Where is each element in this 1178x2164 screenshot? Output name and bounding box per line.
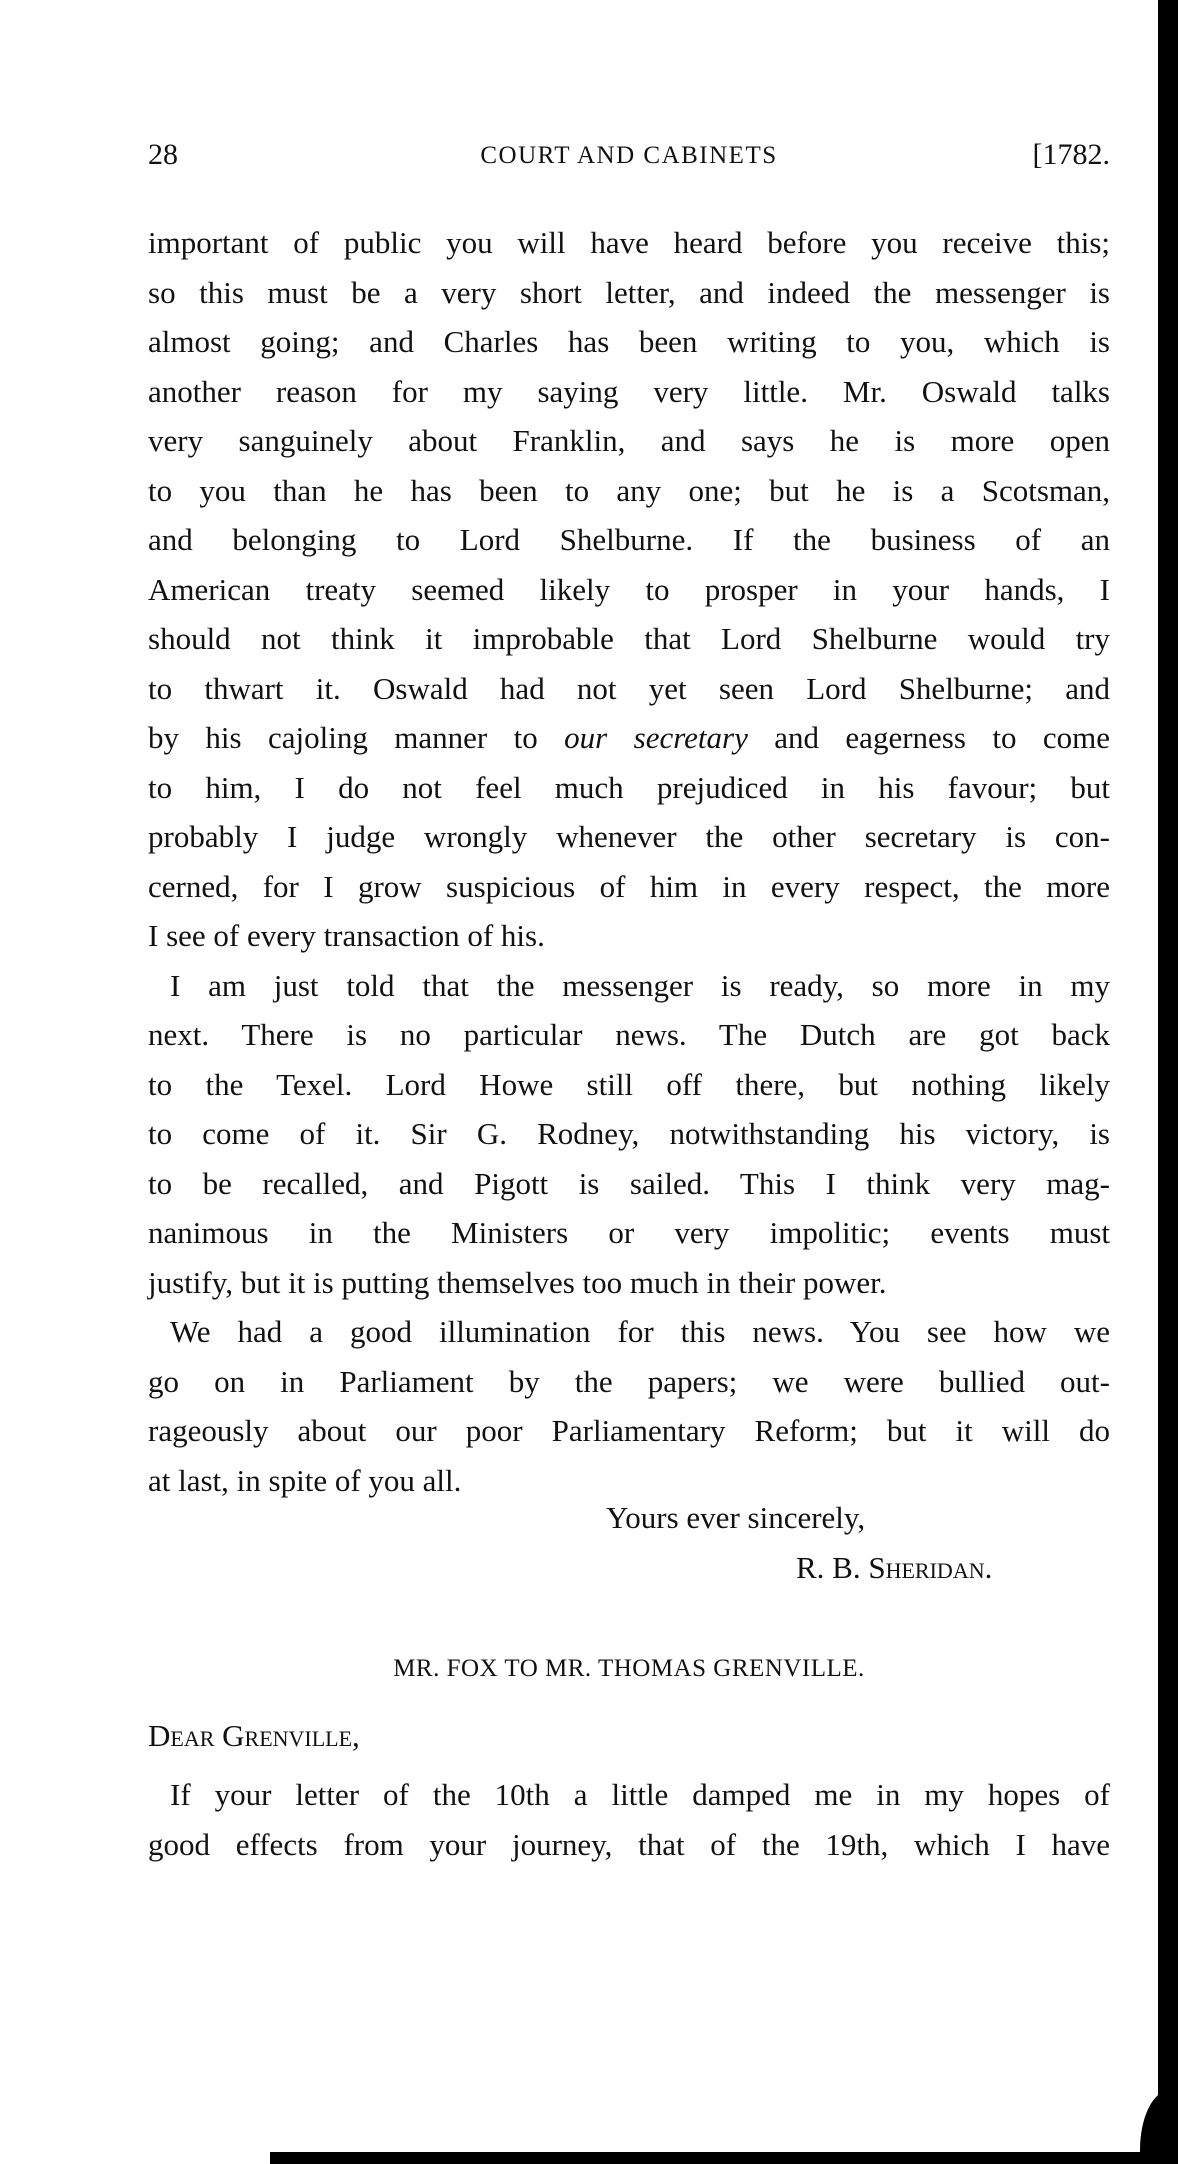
signature: R. B. Sheridan. [796, 1550, 992, 1586]
running-head-year: [1782. [1033, 138, 1111, 172]
text-line: I see of every transaction of his. [148, 911, 1110, 961]
text-line: to you than he has been to any one; but … [148, 466, 1110, 516]
text-line: should not think it improbable that Lord… [148, 614, 1110, 664]
signature-name: Sheridan. [868, 1550, 992, 1585]
page-edge-shadow-bottom [270, 2152, 1178, 2164]
text-line-with-italic: by his cajoling manner to our secretary … [148, 713, 1110, 763]
signature-initials: R. B. [796, 1550, 868, 1585]
text-line: rageously about our poor Parliamentary R… [148, 1406, 1110, 1456]
text-line: nanimous in the Ministers or very impoli… [148, 1208, 1110, 1258]
page-edge-shadow-right [1158, 0, 1178, 2164]
text-line: to him, I do not feel much prejudiced in… [148, 763, 1110, 813]
text-line: to the Texel. Lord Howe still off there,… [148, 1060, 1110, 1110]
letter-heading: MR. FOX TO MR. THOMAS GRENVILLE. [148, 1655, 1110, 1683]
page-corner-shadow [1140, 2090, 1178, 2164]
text-line: to be recalled, and Pigott is sailed. Th… [148, 1159, 1110, 1209]
text-line: cerned, for I grow suspicious of him in … [148, 862, 1110, 912]
italic-phrase: our secretary [564, 720, 748, 755]
text-line: to come of it. Sir G. Rodney, notwithsta… [148, 1109, 1110, 1159]
paragraph-start-line: If your letter of the 10th a little damp… [148, 1770, 1110, 1820]
book-page: 28 COURT AND CABINETS [1782. important o… [0, 0, 1178, 2164]
text-line: at last, in spite of you all. [148, 1456, 1110, 1506]
running-head-title: COURT AND CABINETS [148, 142, 1110, 170]
text-run: by his cajoling manner to [148, 720, 564, 755]
running-head: 28 COURT AND CABINETS [1782. [148, 138, 1110, 178]
text-line: very sanguinely about Franklin, and says… [148, 416, 1110, 466]
text-line: justify, but it is putting themselves to… [148, 1258, 1110, 1308]
closing-line: Yours ever sincerely, [606, 1500, 865, 1536]
letter-fox-body: If your letter of the 10th a little damp… [148, 1770, 1110, 1869]
text-line: important of public you will have heard … [148, 218, 1110, 268]
paragraph-start-line: We had a good illumination for this news… [148, 1307, 1110, 1357]
letter-sheridan-body: important of public you will have heard … [148, 218, 1110, 1505]
paragraph-start-line: I am just told that the messenger is rea… [148, 961, 1110, 1011]
text-line: probably I judge wrongly whenever the ot… [148, 812, 1110, 862]
text-line: almost going; and Charles has been writi… [148, 317, 1110, 367]
text-line: go on in Parliament by the papers; we we… [148, 1357, 1110, 1407]
text-run: and eagerness to come [748, 720, 1110, 755]
text-line: good effects from your journey, that of … [148, 1820, 1110, 1870]
text-line: next. There is no particular news. The D… [148, 1010, 1110, 1060]
text-line: to thwart it. Oswald had not yet seen Lo… [148, 664, 1110, 714]
salutation: Dear Grenville, [148, 1718, 360, 1754]
text-line: another reason for my saying very little… [148, 367, 1110, 417]
text-line: American treaty seemed likely to prosper… [148, 565, 1110, 615]
text-line: and belonging to Lord Shelburne. If the … [148, 515, 1110, 565]
text-line: so this must be a very short letter, and… [148, 268, 1110, 318]
